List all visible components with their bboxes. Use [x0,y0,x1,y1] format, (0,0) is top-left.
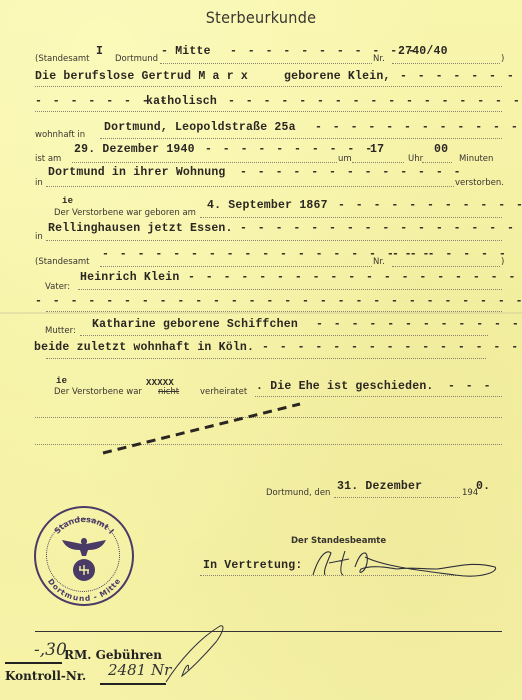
marital-value: . Die Ehe ist geschieden. [256,380,434,393]
filler-dashes: - - - - - - - - - - - - - [315,121,522,134]
residence-label: wohnhaft in [35,130,85,140]
residence-value: Dortmund, Leopoldstraße 25a [104,121,296,134]
birth-nr-label: Nr. [373,257,385,267]
filler-dashes: - - - - - - - - - - - - - - - - - - - - … [35,295,522,308]
birth-place-label: in [35,232,43,242]
deceased-maiden-name: geborene Klein, [284,70,391,83]
dotted-line [334,497,460,498]
closing-place-label: Dortmund, den [266,488,330,498]
close-paren: ) [501,54,504,64]
death-place-value: Dortmund in ihrer Wohnung [48,166,226,179]
filler-dashes: - - - - - - - - - - - [338,199,522,212]
time-um-label: um [338,154,352,164]
dotted-line [422,162,452,163]
nr-label: Nr. [373,54,385,64]
filler-dashes: - - - - - - - - - - - - - - - - - - - - … [188,271,522,284]
dotted-line [352,162,404,163]
fee-initials-scribble [160,620,230,690]
father-value: Heinrich Klein [80,271,179,284]
dotted-line [200,217,502,218]
deceased-name: Die berufslose Gertrud M a r x [35,70,248,83]
filler-dashes: - - - - - - - [392,248,508,261]
dotted-line [46,186,454,187]
control-underline [100,683,166,685]
birth-place-value: Rellinghausen jetzt Essen. [48,222,233,235]
mother-label: Mutter: [45,326,76,336]
birth-prefix: ie [62,196,73,206]
filler-dashes: - - - - - - - - - - - - [316,318,521,331]
official-signature [305,545,505,581]
dotted-line [392,266,500,267]
dotted-line [35,86,502,87]
birth-standesamt-label: (Standesamt [35,257,90,267]
marital-struck-word: nicht [158,387,179,397]
cancellation-dashes [95,400,315,460]
filler-dashes: - - - - - - - - - - - - - - - - - - - [228,95,522,108]
father-label: Vater: [45,282,70,292]
dotted-line [46,240,502,241]
hour-label: Uhr [408,154,423,164]
filler-dashes: - - - - - - - [400,70,516,83]
official-stamp: Standesamt I Dortmund - Mitte [34,506,134,606]
filler-dashes: - - - - - - - - - - - - - [240,166,463,179]
verstorben-label: verstorben. [455,178,504,188]
birth-date-value: 4. September 1867 [207,199,328,212]
fee-amount: -,30 [34,640,67,660]
birth-date-label: Der Verstorbene war geboren am [54,208,196,218]
stamp-text-ring: Standesamt I Dortmund - Mitte [36,508,132,604]
death-date-label: ist am [35,154,61,164]
control-number-label: Kontroll-Nr. [5,669,86,683]
district-value: - Mitte [161,45,211,58]
death-date-value: 29. Dezember 1940 [74,143,195,156]
standesamt-label: (Standesamt [35,54,90,64]
minute-label: Minuten [459,154,493,164]
marital-label: Der Verstorbene war [54,387,142,397]
fee-underline [5,662,62,664]
filler-dashes: - - - - - - - - - - - [230,45,417,58]
dotted-line [255,396,502,397]
record-number: 2740/40 [398,45,448,58]
religion-value: katholisch [146,95,217,108]
stamp-top-text: Standesamt I [53,515,116,536]
death-hour: 17 [370,143,384,156]
fee-separator-line [35,631,502,632]
closing-date-value: 31. Dezember [337,480,422,493]
dotted-line [100,138,502,139]
dotted-line [160,63,372,64]
year-suffix: 0. [476,480,490,493]
parents-residence: beide zuletzt wohnhaft in Köln. [34,341,254,354]
marital-verheiratet-label: verheiratet [200,387,247,397]
filler-dashes: - - - - - - - - - - - - - - - - - - [240,222,522,235]
marital-prefix: ie [56,376,67,386]
svg-text:Standesamt I: Standesamt I [53,515,116,536]
dotted-line [46,358,486,359]
in-vertretung-label: In Vertretung: [203,559,302,572]
dotted-line [100,266,372,267]
death-minute: 00 [434,143,448,156]
city-label: Dortmund [115,54,158,64]
paper-fold [0,312,522,314]
standesamt-number: I [96,45,103,58]
dotted-line [80,335,488,336]
document-title: Sterbeurkunde [0,8,522,27]
dotted-line [392,63,500,64]
dotted-line [72,162,337,163]
dotted-line [46,311,502,312]
dotted-line [35,111,502,112]
filler-dashes: - - - [448,380,493,393]
death-place-label: in [35,178,43,188]
dotted-line [78,289,502,290]
fee-label: RM. Gebühren [64,648,162,662]
filler-dashes: - - - - - - - - - - - - - - - - [262,341,522,354]
birth-close-paren: ) [501,257,504,267]
mother-value: Katharine geborene Schiffchen [92,318,298,331]
